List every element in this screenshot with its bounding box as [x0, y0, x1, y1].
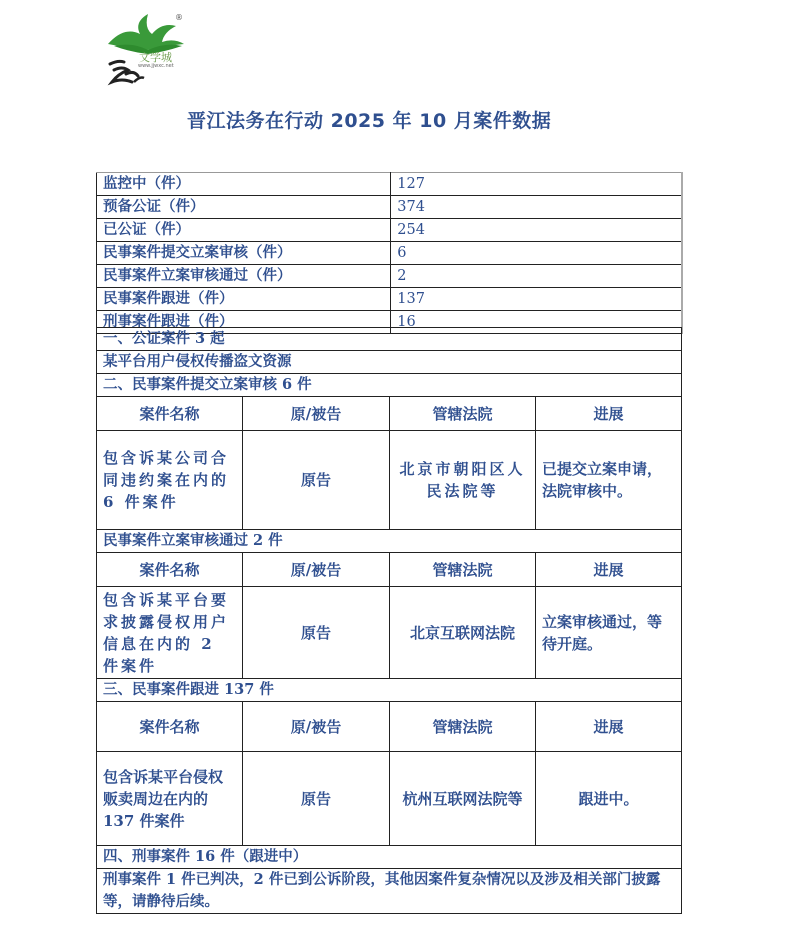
section-heading: 一、公证案件 3 起	[97, 328, 682, 351]
summary-row: 预备公证（件） 374	[97, 196, 683, 219]
case-name: 包含诉某平台侵权贩卖周边在内的 137 件案件	[97, 752, 243, 846]
col-header-party: 原/被告	[243, 553, 390, 587]
summary-table: 监控中（件） 127 预备公证（件） 374 已公证（件） 254 民事案件提交…	[96, 172, 683, 334]
case-party: 原告	[243, 431, 390, 530]
column-header-row: 案件名称 原/被告 管辖法院 进展	[97, 397, 682, 431]
col-header-case-name: 案件名称	[97, 397, 243, 431]
column-header-row: 案件名称 原/被告 管辖法院 进展	[97, 553, 682, 587]
summary-row: 民事案件跟进（件） 137	[97, 288, 683, 311]
case-progress: 立案审核通过，等待开庭。	[536, 587, 682, 679]
summary-label: 民事案件跟进（件）	[97, 288, 391, 311]
col-header-party: 原/被告	[243, 397, 390, 431]
summary-label: 民事案件提交立案审核（件）	[97, 242, 391, 265]
summary-value: 137	[391, 288, 682, 311]
summary-value: 374	[391, 196, 682, 219]
summary-label: 已公证（件）	[97, 219, 391, 242]
summary-row: 民事案件提交立案审核（件） 6	[97, 242, 683, 265]
case-name: 包含诉某公司合同违约案在内的 6 件案件	[97, 431, 243, 530]
case-progress: 跟进中。	[536, 752, 682, 846]
summary-row: 监控中（件） 127	[97, 173, 683, 196]
col-header-court: 管辖法院	[390, 702, 536, 752]
case-court: 北京市朝阳区人民法院等	[390, 431, 536, 530]
summary-value: 254	[391, 219, 682, 242]
section-heading: 民事案件立案审核通过 2 件	[97, 530, 682, 553]
notarized-case-text: 某平台用户侵权传播盗文资源	[97, 351, 682, 374]
section-heading-notarized: 一、公证案件 3 起	[97, 328, 682, 351]
case-progress: 已提交立案申请，法院审核中。	[536, 431, 682, 530]
logo-url: www.jjwxc.net	[138, 63, 174, 69]
section-heading-civil-submitted: 二、民事案件提交立案审核 6 件	[97, 374, 682, 397]
case-party: 原告	[243, 587, 390, 679]
registered-mark: ®	[175, 13, 183, 22]
case-court: 北京互联网法院	[390, 587, 536, 679]
section-heading-criminal: 四、刑事案件 16 件（跟进中）	[97, 846, 682, 869]
col-header-party: 原/被告	[243, 702, 390, 752]
column-header-row: 案件名称 原/被告 管辖法院 进展	[97, 702, 682, 752]
section-heading-civil-followup: 三、民事案件跟进 137 件	[97, 679, 682, 702]
notarized-case-row: 某平台用户侵权传播盗文资源	[97, 351, 682, 374]
criminal-summary-text: 刑事案件 1 件已判决，2 件已到公诉阶段，其他因案件复杂情况以及涉及相关部门披…	[97, 869, 682, 914]
col-header-progress: 进展	[536, 397, 682, 431]
page-title: 晋江法务在行动 2025 年 10 月案件数据	[187, 106, 551, 133]
case-party: 原告	[243, 752, 390, 846]
summary-label: 预备公证（件）	[97, 196, 391, 219]
summary-row: 已公证（件） 254	[97, 219, 683, 242]
case-row: 包含诉某公司合同违约案在内的 6 件案件 原告 北京市朝阳区人民法院等 已提交立…	[97, 431, 682, 530]
summary-label: 监控中（件）	[97, 173, 391, 196]
criminal-summary-row: 刑事案件 1 件已判决，2 件已到公诉阶段，其他因案件复杂情况以及涉及相关部门披…	[97, 869, 682, 914]
summary-value: 6	[391, 242, 682, 265]
summary-label: 民事案件立案审核通过（件）	[97, 265, 391, 288]
section-heading: 三、民事案件跟进 137 件	[97, 679, 682, 702]
case-court: 杭州互联网法院等	[390, 752, 536, 846]
summary-value: 2	[391, 265, 682, 288]
case-row: 包含诉某平台侵权贩卖周边在内的 137 件案件 原告 杭州互联网法院等 跟进中。	[97, 752, 682, 846]
case-name: 包含诉某平台要求披露侵权用户信息在内的 2 件案件	[97, 587, 243, 679]
summary-value: 127	[391, 173, 682, 196]
section-heading: 四、刑事案件 16 件（跟进中）	[97, 846, 682, 869]
col-header-case-name: 案件名称	[97, 702, 243, 752]
section-heading-civil-approved: 民事案件立案审核通过 2 件	[97, 530, 682, 553]
section-heading: 二、民事案件提交立案审核 6 件	[97, 374, 682, 397]
col-header-court: 管辖法院	[390, 553, 536, 587]
col-header-progress: 进展	[536, 702, 682, 752]
case-row: 包含诉某平台要求披露侵权用户信息在内的 2 件案件 原告 北京互联网法院 立案审…	[97, 587, 682, 679]
detail-table: 一、公证案件 3 起 某平台用户侵权传播盗文资源 二、民事案件提交立案审核 6 …	[96, 327, 682, 914]
col-header-progress: 进展	[536, 553, 682, 587]
col-header-court: 管辖法院	[390, 397, 536, 431]
col-header-case-name: 案件名称	[97, 553, 243, 587]
summary-row: 民事案件立案审核通过（件） 2	[97, 265, 683, 288]
